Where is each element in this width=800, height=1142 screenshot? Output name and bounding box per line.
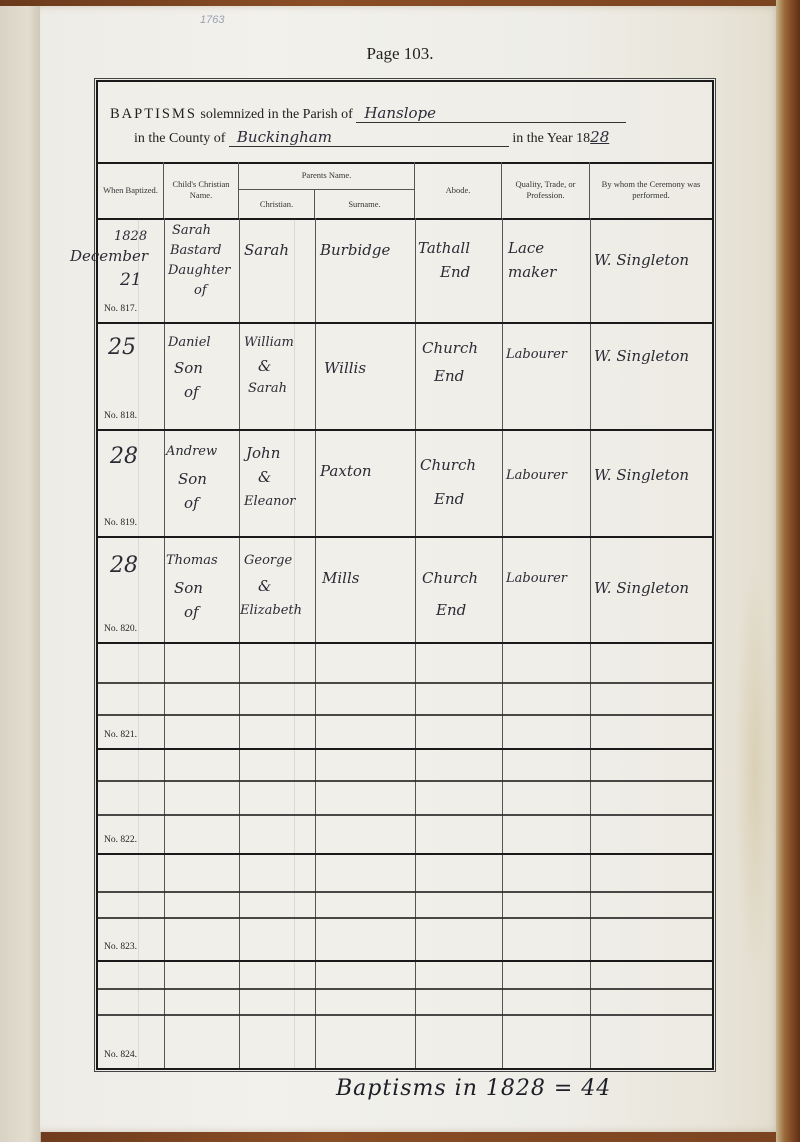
parent-christian-and: & [258,467,271,487]
child-relation: Son [178,469,207,489]
officiant: W. Singleton [594,465,689,485]
entry-row-819: 28 No. 819. Andrew Son of John & Eleanor… [98,431,712,538]
ruled-line [98,780,712,782]
child-relation-2: of [184,602,199,622]
parent-surname: Paxton [320,461,372,481]
ruled-line [98,917,712,919]
water-stain [735,560,775,980]
quality-line-1: Labourer [506,346,567,363]
parent-christian-1: John [246,443,280,463]
abode-line-2: End [434,366,464,386]
entry-day: 21 [120,270,142,290]
parent-christian-1: William [244,334,294,351]
header-parents-name: Parents Name. [239,162,415,190]
entry-month: December [70,246,148,266]
year-field: 28 [590,128,614,146]
abode-line-2: End [440,262,470,282]
entry-day: 25 [108,338,136,358]
entry-number: No. 820. [104,624,137,634]
parent-surname: Willis [324,358,366,378]
entry-row-817: 1828 December 21 No. 817. Sarah Bastard … [98,218,712,324]
entry-row-823: No. 823. [98,855,712,962]
entry-number: No. 823. [104,942,137,952]
quality-line-1: Labourer [506,570,567,587]
entry-day: 28 [110,447,138,467]
ruled-line [98,1014,712,1016]
child-relation: Bastard [170,242,222,259]
quality-line-1: Labourer [506,467,567,484]
entry-number: No. 821. [104,730,137,740]
ruled-line [98,814,712,816]
parent-christian-2: Elizabeth [240,602,302,619]
pencil-reference: 1763 [200,14,224,26]
facing-page [0,6,41,1142]
register-title: BAPTISMS solemnized in the Parish of Han… [98,82,712,164]
parent-christian-2: Eleanor [244,493,296,510]
parent-surname: Burbidge [320,240,390,260]
child-relation-3: of [194,282,207,299]
quality-line-1: Lace [508,238,544,258]
officiant: W. Singleton [594,346,689,366]
child-relation-2: Daughter [168,262,230,279]
entry-number: No. 819. [104,518,137,528]
entry-number: No. 817. [104,304,137,314]
entry-row-820: 28 No. 820. Thomas Son of George & Eliza… [98,538,712,644]
abode-line-1: Church [422,338,478,358]
county-field: Buckingham [229,128,509,147]
child-relation-2: of [184,382,199,402]
parent-surname: Mills [322,568,359,588]
child-relation: Son [174,358,203,378]
abode-line-2: End [436,600,466,620]
county-label: in the County of [134,131,225,146]
child-relation: Son [174,578,203,598]
year-label: in the Year 18 [512,131,590,146]
abode-line-1: Church [420,455,476,475]
entry-number: No. 818. [104,411,137,421]
ruled-line [98,682,712,684]
ruled-line [98,891,712,893]
title-caps: BAPTISMS [110,106,197,122]
child-name: Andrew [166,443,217,460]
ruled-line [98,988,712,990]
abode-line-2: End [434,489,464,509]
child-relation-2: of [184,493,199,513]
child-name: Daniel [168,334,211,351]
entry-row-818: 25 No. 818. Daniel Son of William & Sara… [98,324,712,431]
entry-number: No. 822. [104,835,137,845]
baptism-register-table: BAPTISMS solemnized in the Parish of Han… [96,80,714,1070]
parent-christian: Sarah [244,240,289,260]
header-quality-trade: Quality, Trade, or Profession. [502,162,590,218]
book-edge [776,0,800,1142]
title-rest: solemnized in the Parish of [200,107,352,122]
header-when-baptized: When Baptized. [98,162,164,218]
header-parents-christian: Christian. [239,190,315,218]
ruled-line [98,714,712,716]
entry-row-822: No. 822. [98,750,712,855]
title-line-2: in the County of Buckingham in the Year … [134,128,614,147]
parish-field: Hanslope [356,104,626,123]
parent-christian-and: & [258,576,271,596]
column-header-row: When Baptized. Child's Christian Name. P… [98,162,712,220]
abode-line-1: Church [422,568,478,588]
footer-annotation: Baptisms in 1828 = 44 [336,1076,611,1101]
abode-line-1: Tathall [418,238,470,258]
header-abode: Abode. [415,162,502,218]
entry-row-824: No. 824. [98,962,712,1068]
header-parents-surname: Surname. [315,190,415,218]
entry-year: 1828 [114,228,147,245]
officiant: W. Singleton [594,250,689,270]
quality-line-2: maker [508,262,556,282]
header-childs-name: Child's Christian Name. [164,162,239,218]
entry-number: No. 824. [104,1050,137,1060]
officiant: W. Singleton [594,578,689,598]
header-by-whom: By whom the Ceremony was performed. [590,162,712,218]
parent-christian-and: & [258,356,271,376]
entry-day: 28 [110,556,138,576]
child-name: Thomas [166,552,218,569]
child-name: Sarah [172,222,211,239]
parent-christian-2: Sarah [248,380,287,397]
parent-christian-1: George [244,552,292,569]
title-line-1: BAPTISMS solemnized in the Parish of Han… [110,104,626,123]
page-number: Page 103. [0,44,800,64]
entry-row-821: No. 821. [98,644,712,750]
